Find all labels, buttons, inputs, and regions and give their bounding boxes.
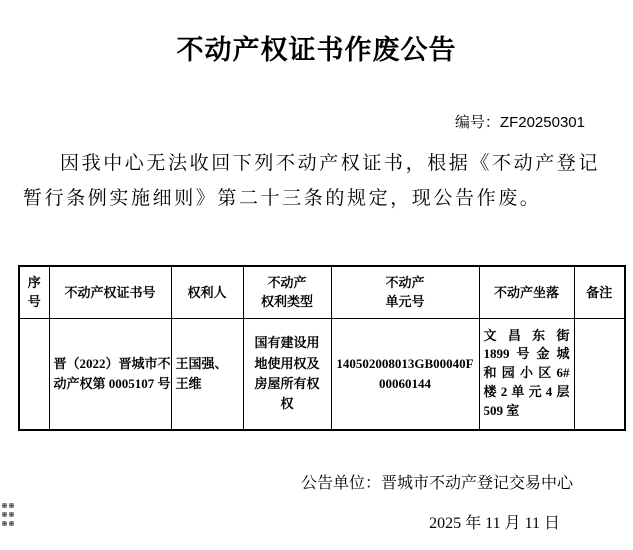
location-line: 楼2单元4层 — [484, 383, 570, 402]
cell-location: 文昌东街 1899号金城 和园小区6# 楼2单元4层 509 室 — [479, 318, 574, 430]
dot-icon — [9, 512, 14, 517]
doc-number: 编号：ZF20250301 — [0, 111, 633, 132]
column-header-holder: 权利人 — [171, 266, 243, 318]
location-line: 1899号金城 — [484, 345, 570, 364]
holder-line: 王维 — [176, 374, 239, 394]
holder-line: 王国强、 — [176, 354, 239, 374]
location-line: 文昌东街 — [484, 327, 570, 346]
dot-icon — [2, 521, 7, 526]
unit-no-line: 140502008013GB00040F — [336, 354, 475, 374]
table-header-row: 序 号 不动产权证书号 权利人 不动产 权利类型 不动产 单元号 不动产坐落 备… — [19, 266, 625, 318]
location-line: 509 室 — [484, 402, 570, 421]
body-paragraph: 因我中心无法收回下列不动产权证书，根据《不动产登记暂行条例实施细则》第二十三条的… — [23, 146, 603, 216]
cell-holder: 王国强、 王维 — [171, 318, 243, 430]
page-title: 不动产权证书作废公告 — [0, 28, 633, 67]
right-type-line: 房屋所有权 — [248, 374, 327, 394]
issuer-name: 晋城市不动产登记交易中心 — [381, 475, 573, 492]
cell-seq — [19, 318, 49, 430]
column-header-location: 不动产坐落 — [479, 266, 574, 318]
unit-no-line: 00060144 — [336, 374, 475, 394]
dot-icon — [2, 512, 7, 517]
cert-no-line: 晋（2022）晋城市不 — [54, 354, 167, 374]
cell-right-type: 国有建设用 地使用权及 房屋所有权 权 — [243, 318, 331, 430]
cell-unit-no: 140502008013GB00040F 00060144 — [331, 318, 479, 430]
doc-number-label: 编号： — [455, 115, 500, 131]
certificates-table: 序 号 不动产权证书号 权利人 不动产 权利类型 不动产 单元号 不动产坐落 备… — [18, 265, 626, 431]
dot-icon — [9, 521, 14, 526]
issuer-line: 公告单位：晋城市不动产登记交易中心 — [0, 470, 633, 493]
issuer-label: 公告单位： — [301, 475, 381, 492]
doc-number-value: ZF20250301 — [500, 114, 585, 131]
column-header-unit-no: 不动产 单元号 — [331, 266, 479, 318]
column-header-right-type: 不动产 权利类型 — [243, 266, 331, 318]
dot-grid-artifact — [2, 503, 14, 526]
column-header-cert-no: 不动产权证书号 — [49, 266, 171, 318]
date-line: 2025 年 11 月 11 日 — [0, 510, 633, 533]
right-type-line: 权 — [248, 394, 327, 414]
table-row: 晋（2022）晋城市不 动产权第 0005107 号 王国强、 王维 国有建设用… — [19, 318, 625, 430]
cell-cert-no: 晋（2022）晋城市不 动产权第 0005107 号 — [49, 318, 171, 430]
dot-icon — [9, 503, 14, 508]
column-header-remark: 备注 — [574, 266, 625, 318]
cert-no-line: 动产权第 0005107 号 — [54, 374, 167, 394]
dot-icon — [2, 503, 7, 508]
right-type-line: 国有建设用 — [248, 333, 327, 353]
cell-remark — [574, 318, 625, 430]
right-type-line: 地使用权及 — [248, 354, 327, 374]
column-header-seq: 序 号 — [19, 266, 49, 318]
location-line: 和园小区6# — [484, 364, 570, 383]
